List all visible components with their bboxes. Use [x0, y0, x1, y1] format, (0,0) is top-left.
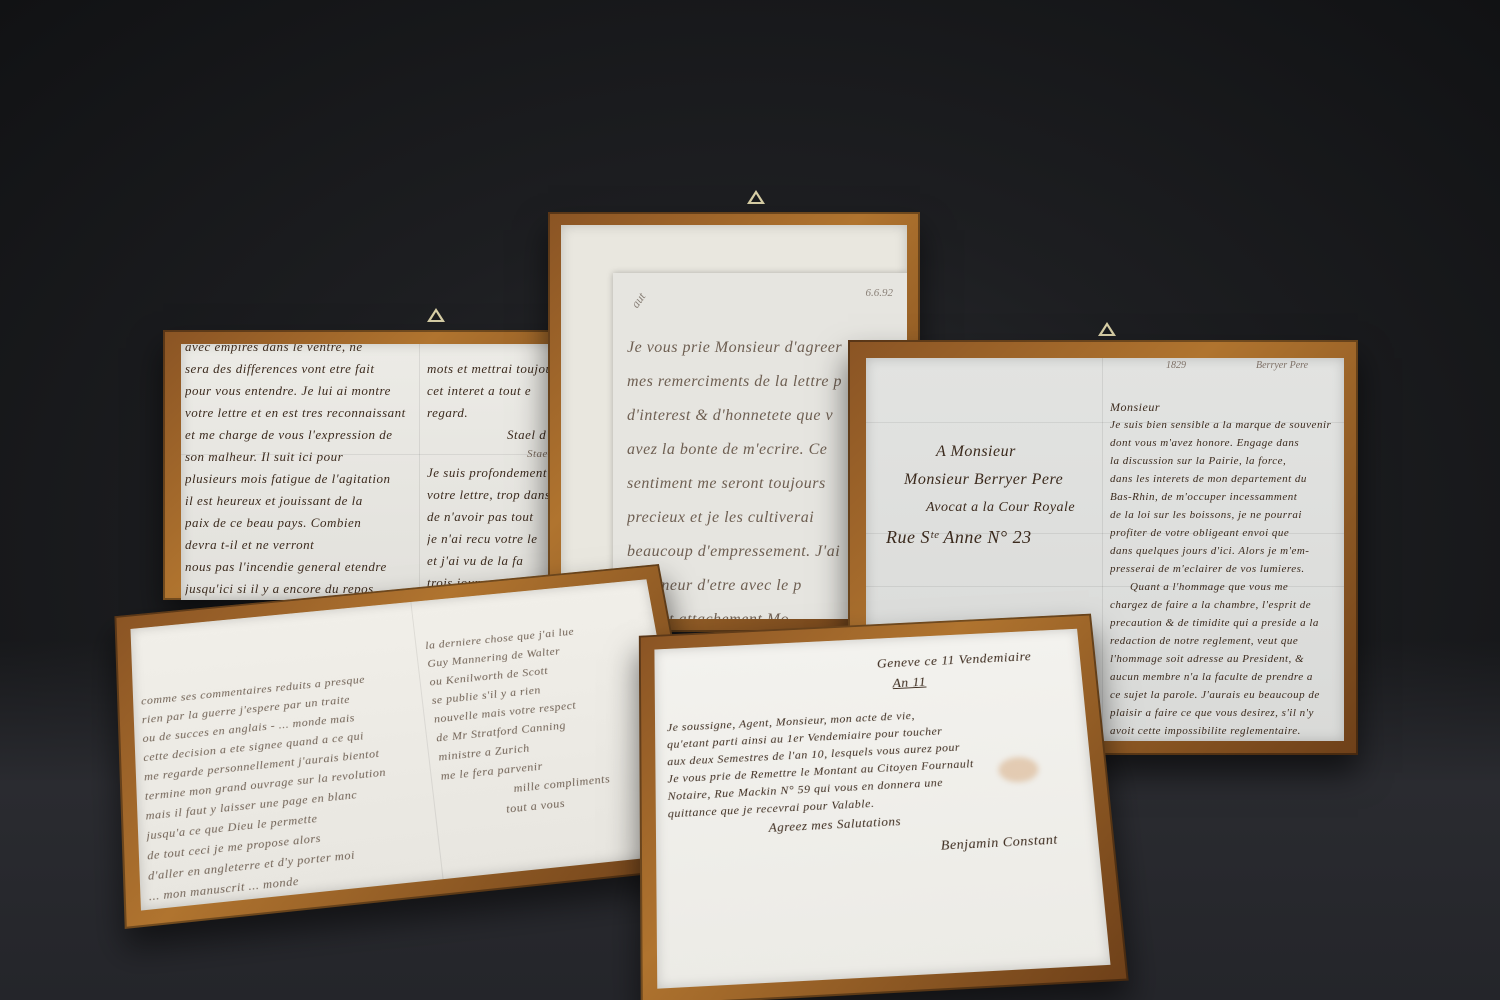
handwriting-line: Quant a l'hommage que vous me — [1110, 578, 1344, 596]
handwriting-line: Je suis bien sensible a la marque de sou… — [1110, 416, 1344, 434]
handwriting-line: chargez de faire a la chambre, l'esprit … — [1110, 596, 1344, 614]
letter-constant-paper: Geneve ce 11 Vendemiaire An 11 Je soussi… — [654, 629, 1110, 989]
handwriting-line: devra t-il et ne verront — [185, 534, 415, 556]
address-line: Rue Sᵗᵉ Anne N° 23 — [886, 522, 1096, 552]
handwriting-line: il est heureux et jouissant de la — [185, 490, 415, 512]
handwriting-line: dans les interets de mon departement du — [1110, 470, 1344, 488]
handwriting-line: dont vous m'avez honore. Engage dans — [1110, 434, 1344, 452]
hanging-hook-icon — [1098, 322, 1116, 336]
pencil-annotation: aut — [628, 290, 649, 311]
archive-number: 6.6.92 — [866, 287, 894, 299]
handwriting-line: profiter de votre obligeant envoi que — [1110, 524, 1344, 542]
frame-letter-constant: Geneve ce 11 Vendemiaire An 11 Je soussi… — [639, 614, 1129, 1000]
address-line: Avocat a la Cour Royale — [886, 494, 1096, 522]
address-line: A Monsieur — [886, 438, 1096, 466]
handwriting-line: avoit cette impossibilite reglementaire. — [1110, 722, 1344, 740]
handwriting-line: l'hommage soit adresse au President, & — [1110, 650, 1344, 668]
handwriting-line: de la loi sur les boissons, je ne pourra… — [1110, 506, 1344, 524]
handwriting-line: plaisir a faire ce que vous desirez, s'i… — [1110, 704, 1344, 722]
handwriting-line: pour vous entendre. Je lui ai montre — [185, 380, 415, 402]
address-line: Monsieur Berryer Pere — [886, 466, 1096, 494]
handwriting-line: son malheur. Il suit ici pour — [185, 446, 415, 468]
hanging-hook-icon — [747, 190, 765, 204]
dateline: Geneve ce 11 Vendemiaire An 11 — [666, 645, 1073, 705]
letter-stael-paper: avec empires dans le ventre, ne sera des… — [181, 344, 574, 600]
address-block: A Monsieur Monsieur Berryer Pere Avocat … — [886, 438, 1096, 552]
handwriting-line: dans quelques jours d'ici. Alors je m'em… — [1110, 542, 1344, 560]
handwriting-line: sera des differences vont etre fait — [185, 358, 415, 380]
hanging-hook-icon — [427, 308, 445, 322]
handwriting-line: la discussion sur la Pairie, la force, — [1110, 452, 1344, 470]
frame-letter-stael: avec empires dans le ventre, ne sera des… — [163, 330, 588, 600]
handwriting-line: Pour qu'un hommage puisse etre — [1110, 740, 1344, 741]
handwriting-line: Monsieur — [1110, 398, 1344, 416]
handwriting-line: et me charge de vous l'expression de — [185, 424, 415, 446]
handwriting-line: aucun membre n'a la faculte de prendre a — [1110, 668, 1344, 686]
handwriting-line: precaution & de timidite qui a preside a… — [1110, 614, 1344, 632]
handwriting-line: paix de ce beau pays. Combien — [185, 512, 415, 534]
handwriting-line: nous pas l'incendie general etendre — [185, 556, 415, 578]
handwriting-line: Bas-Rhin, de m'occuper incessamment — [1110, 488, 1344, 506]
handwriting-line: redaction de notre reglement, veut que — [1110, 632, 1344, 650]
handwriting-line: presserai de m'eclairer de vos lumieres. — [1110, 560, 1344, 578]
letter-chateaubriand-paper: comme ses commentaires reduits a presque… — [130, 579, 696, 910]
letter-body: Monsieur Je suis bien sensible a la marq… — [1110, 398, 1344, 741]
handwriting-line: ce sujet la parole. J'aurais eu beaucoup… — [1110, 686, 1344, 704]
handwriting-line: avec empires dans le ventre, ne — [185, 344, 415, 358]
header-mark: 1829 — [1166, 360, 1186, 371]
handwriting-line: votre lettre et en est tres reconnaissan… — [185, 402, 415, 424]
frame-letter-chateaubriand: comme ses commentaires reduits a presque… — [114, 564, 716, 929]
header-mark: Berryer Pere — [1256, 360, 1308, 371]
handwriting-line: plusieurs mois fatigue de l'agitation — [185, 468, 415, 490]
